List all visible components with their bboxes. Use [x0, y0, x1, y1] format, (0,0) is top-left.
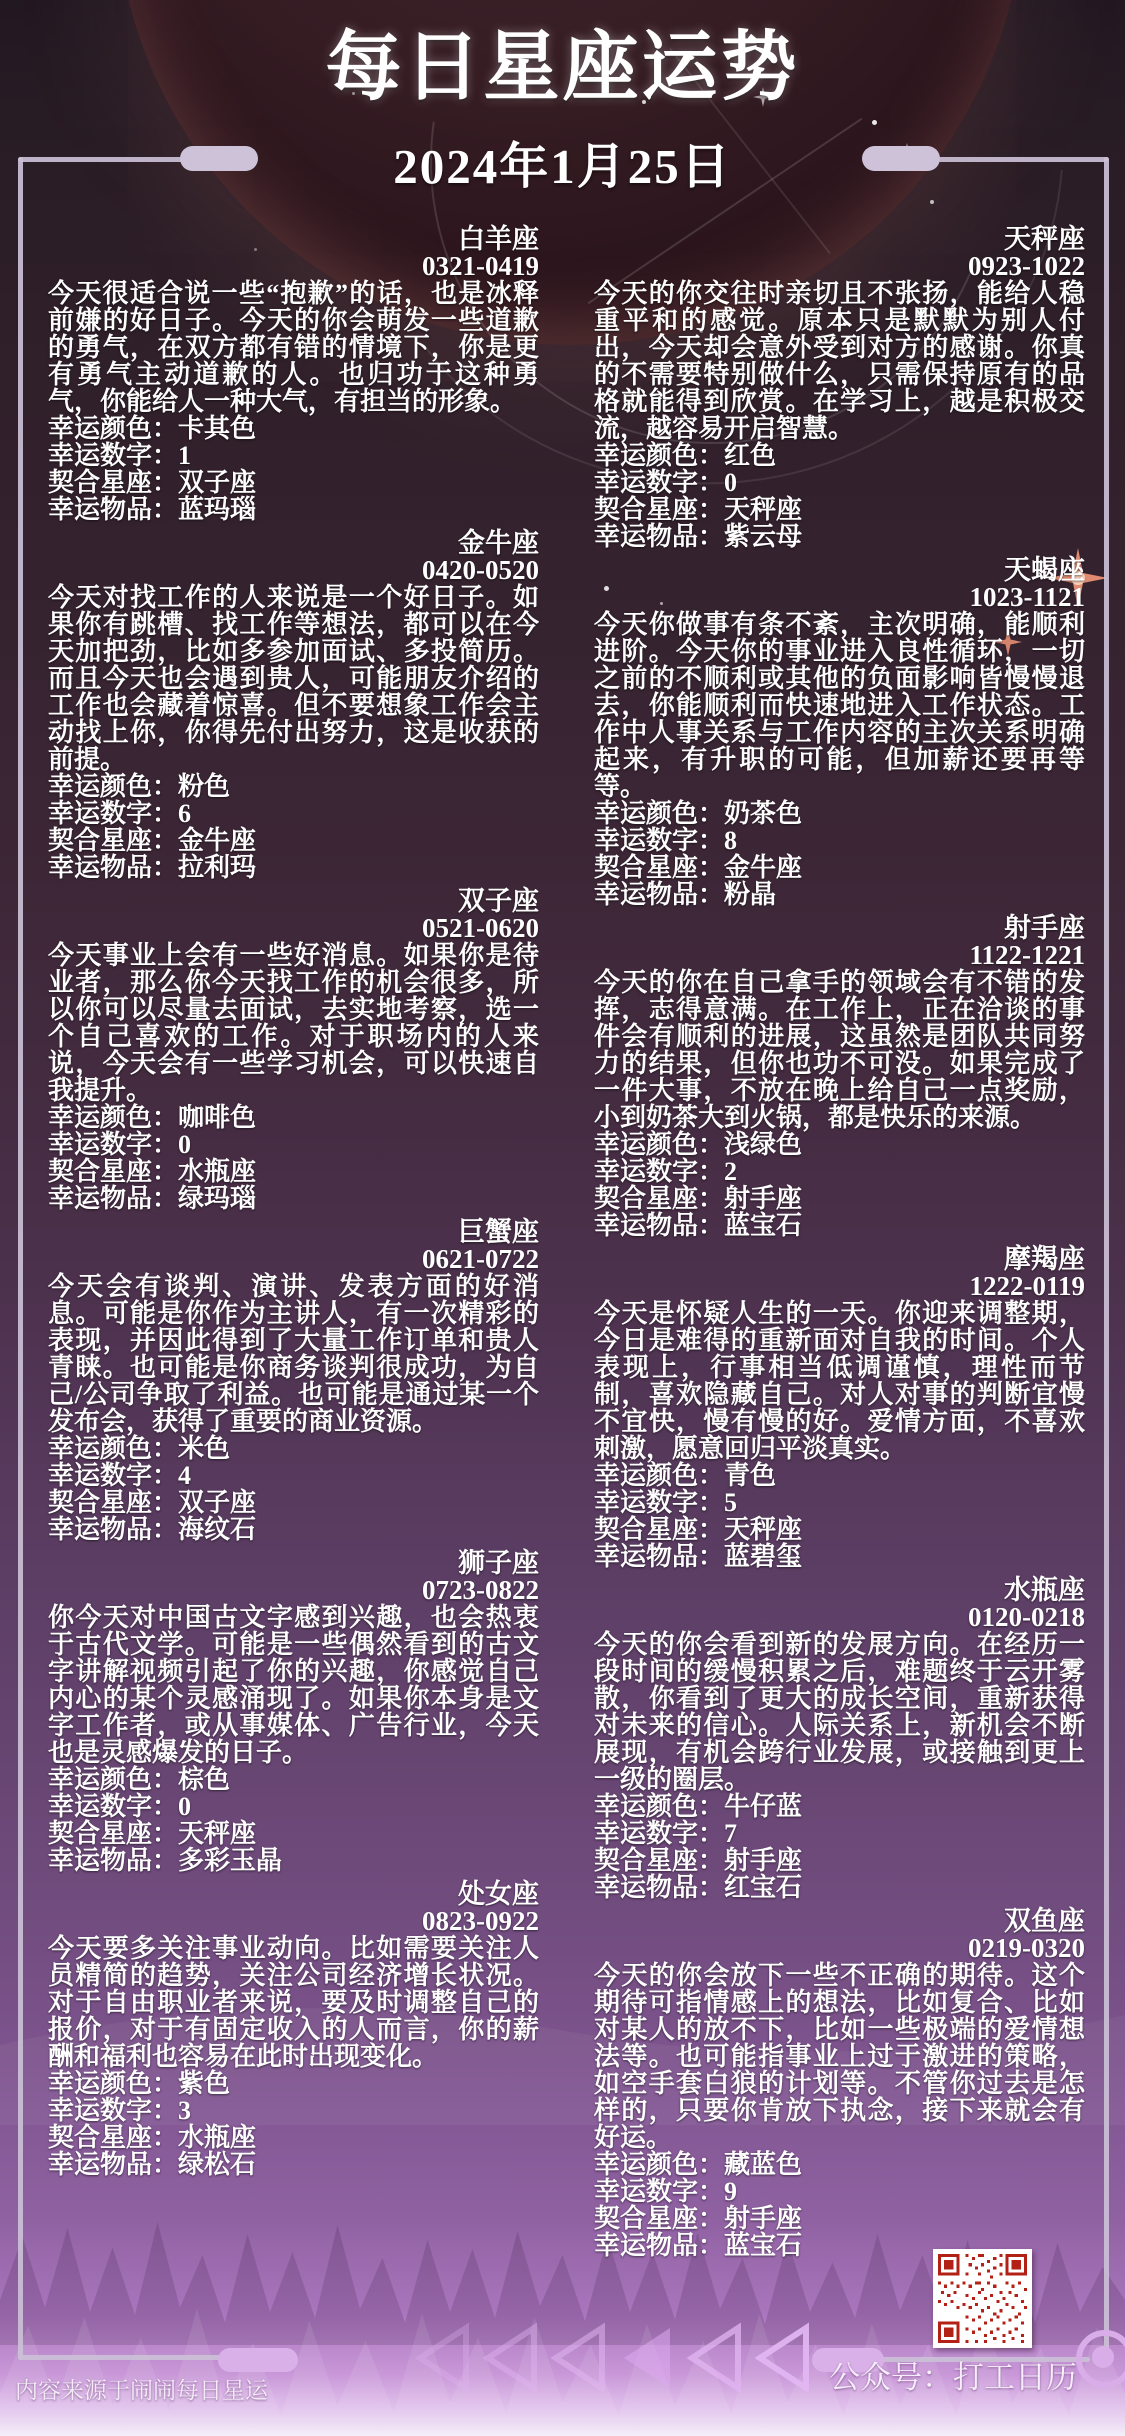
lucky-number-value: 6 — [178, 799, 191, 828]
lucky-number-line: 幸运数字：0 — [48, 1131, 539, 1158]
zodiac-name: 水瓶座 — [594, 1577, 1085, 1604]
match-sign-value: 射手座 — [724, 1846, 802, 1875]
lucky-color-label: 幸运颜色： — [48, 772, 178, 801]
zodiac-forecast: 今天的你会看到新的发展方向。在经历一段时间的缓慢积累之后，难题终于云开雾散，你看… — [594, 1631, 1085, 1793]
match-sign-label: 契合星座： — [594, 495, 724, 524]
zodiac-forecast: 今天事业上会有一些好消息。如果你是待业者，那么你今天找工作的机会很多，所以你可以… — [48, 942, 539, 1104]
match-sign-value: 射手座 — [724, 2204, 802, 2233]
zodiac-date-range: 0420-0520 — [48, 557, 539, 584]
zodiac-name: 射手座 — [594, 915, 1085, 942]
match-sign-line: 契合星座：天秤座 — [594, 496, 1085, 523]
lucky-item-label: 幸运物品： — [48, 495, 178, 524]
match-sign-line: 契合星座：金牛座 — [594, 854, 1085, 881]
zodiac-date-range: 0120-0218 — [594, 1604, 1085, 1631]
match-sign-line: 契合星座：双子座 — [48, 1489, 539, 1516]
white-sparkle-icon — [893, 142, 921, 170]
lucky-item-label: 幸运物品： — [48, 853, 178, 882]
lucky-number-line: 幸运数字：5 — [594, 1489, 1085, 1516]
frame-border-left — [18, 157, 23, 2360]
lucky-item-value: 绿松石 — [178, 2150, 256, 2179]
lucky-number-value: 3 — [178, 2096, 191, 2125]
zodiac-name: 狮子座 — [48, 1550, 539, 1577]
frame-ring-dot — [1092, 2346, 1114, 2368]
lucky-number-line: 幸运数字：0 — [48, 1793, 539, 1820]
lucky-color-value: 棕色 — [178, 1765, 230, 1794]
lucky-number-value: 8 — [724, 826, 737, 855]
lucky-color-label: 幸运颜色： — [48, 1765, 178, 1794]
lucky-item-value: 蓝宝石 — [724, 2231, 802, 2260]
zodiac-section: 天秤座 0923-1022 今天的你交往时亲切且不张扬，能给人稳重平和的感觉。原… — [594, 226, 1085, 550]
lucky-color-label: 幸运颜色： — [48, 414, 178, 443]
frame-border-right — [1104, 157, 1109, 2360]
frame-border-bottom — [878, 2357, 1090, 2362]
pine-forest-silhouette — [0, 2266, 1125, 2436]
lucky-item-line: 幸运物品：多彩玉晶 — [48, 1847, 539, 1874]
lucky-item-value: 多彩玉晶 — [178, 1846, 282, 1875]
zodiac-forecast: 今天的你会放下一些不正确的期待。这个期待可指情感上的想法，比如复合、比如对某人的… — [594, 1962, 1085, 2151]
lucky-item-value: 蓝宝石 — [724, 1211, 802, 1240]
lucky-color-line: 幸运颜色：奶茶色 — [594, 800, 1085, 827]
lucky-number-line: 幸运数字：9 — [594, 2178, 1085, 2205]
lucky-color-line: 幸运颜色：卡其色 — [48, 415, 539, 442]
match-sign-value: 天秤座 — [724, 495, 802, 524]
lucky-item-value: 海纹石 — [178, 1515, 256, 1544]
match-sign-label: 契合星座： — [48, 1157, 178, 1186]
zodiac-date-range: 1222-0119 — [594, 1273, 1085, 1300]
match-sign-label: 契合星座： — [594, 2204, 724, 2233]
match-sign-label: 契合星座： — [594, 1184, 724, 1213]
match-sign-label: 契合星座： — [48, 1819, 178, 1848]
lucky-color-label: 幸运颜色： — [48, 1103, 178, 1132]
qr-code-pattern — [938, 2254, 1027, 2343]
lucky-color-value: 奶茶色 — [724, 799, 802, 828]
lucky-number-label: 幸运数字： — [48, 1461, 178, 1490]
lucky-color-label: 幸运颜色： — [594, 2150, 724, 2179]
match-sign-line: 契合星座：水瓶座 — [48, 2124, 539, 2151]
zodiac-section: 金牛座 0420-0520 今天对找工作的人来说是一个好日子。如果你有跳槽、找工… — [48, 530, 539, 881]
zodiac-date-range: 1122-1221 — [594, 942, 1085, 969]
lucky-color-label: 幸运颜色： — [594, 441, 724, 470]
match-sign-value: 天秤座 — [178, 1819, 256, 1848]
lucky-number-value: 5 — [724, 1488, 737, 1517]
match-sign-label: 契合星座： — [48, 826, 178, 855]
zodiac-date-range: 0723-0822 — [48, 1577, 539, 1604]
star-dot — [930, 200, 934, 204]
lucky-item-label: 幸运物品： — [594, 522, 724, 551]
match-sign-line: 契合星座：射手座 — [594, 2205, 1085, 2232]
lucky-number-value: 9 — [724, 2177, 737, 2206]
lucky-item-line: 幸运物品：蓝玛瑙 — [48, 496, 539, 523]
zodiac-name: 天蝎座 — [594, 557, 1085, 584]
star-dot — [872, 120, 877, 125]
lucky-number-label: 幸运数字： — [48, 799, 178, 828]
lucky-color-line: 幸运颜色：藏蓝色 — [594, 2151, 1085, 2178]
lucky-number-label: 幸运数字： — [48, 1792, 178, 1821]
page-title: 每日星座运势 — [0, 6, 1125, 115]
lucky-item-line: 幸运物品：蓝宝石 — [594, 2232, 1085, 2259]
zodiac-section: 狮子座 0723-0822 你今天对中国古文字感到兴趣，也会热衷于古代文学。可能… — [48, 1550, 539, 1874]
lucky-color-value: 咖啡色 — [178, 1103, 256, 1132]
zodiac-forecast: 今天的你在自己拿手的领域会有不错的发挥，志得意满。在工作上，正在洽谈的事件会有顺… — [594, 969, 1085, 1131]
match-sign-label: 契合星座： — [594, 853, 724, 882]
zodiac-forecast: 今天要多关注事业动向。比如需要关注人员精简的趋势，关注公司经济增长状况。对于自由… — [48, 1935, 539, 2070]
wechat-account-text: 公众号：打工日历 — [829, 2352, 1077, 2397]
match-sign-line: 契合星座：金牛座 — [48, 827, 539, 854]
zodiac-section: 水瓶座 0120-0218 今天的你会看到新的发展方向。在经历一段时间的缓慢积累… — [594, 1577, 1085, 1901]
lucky-item-label: 幸运物品： — [594, 1211, 724, 1240]
lucky-color-value: 米色 — [178, 1434, 230, 1463]
lucky-number-line: 幸运数字：0 — [594, 469, 1085, 496]
lucky-color-label: 幸运颜色： — [594, 799, 724, 828]
match-sign-value: 金牛座 — [724, 853, 802, 882]
zodiac-forecast: 今天对找工作的人来说是一个好日子。如果你有跳槽、找工作等想法，都可以在今天加把劲… — [48, 584, 539, 773]
lucky-color-value: 紫色 — [178, 2069, 230, 2098]
frame-pill-decoration — [862, 146, 940, 171]
match-sign-line: 契合星座：射手座 — [594, 1847, 1085, 1874]
zodiac-forecast: 今天很适合说一些“抱歉”的话，也是冰释前嫌的好日子。今天的你会萌发一些道歉的勇气… — [48, 280, 539, 415]
zodiac-name: 巨蟹座 — [48, 1219, 539, 1246]
zodiac-date-range: 0823-0922 — [48, 1908, 539, 1935]
lucky-item-line: 幸运物品：红宝石 — [594, 1874, 1085, 1901]
lucky-number-label: 幸运数字： — [594, 1819, 724, 1848]
lucky-number-label: 幸运数字： — [594, 468, 724, 497]
match-sign-label: 契合星座： — [48, 1488, 178, 1517]
lucky-item-line: 幸运物品：粉晶 — [594, 881, 1085, 908]
zodiac-name: 处女座 — [48, 1881, 539, 1908]
light-streak-decoration — [669, 48, 831, 254]
lucky-item-label: 幸运物品： — [48, 2150, 178, 2179]
lucky-number-label: 幸运数字： — [48, 2096, 178, 2125]
match-sign-value: 双子座 — [178, 1488, 256, 1517]
star-dot — [642, 100, 646, 104]
lucky-color-line: 幸运颜色：咖啡色 — [48, 1104, 539, 1131]
zodiac-date-range: 1023-1121 — [594, 584, 1085, 611]
match-sign-line: 契合星座：天秤座 — [48, 1820, 539, 1847]
match-sign-value: 天秤座 — [724, 1515, 802, 1544]
lucky-color-line: 幸运颜色：棕色 — [48, 1766, 539, 1793]
zodiac-date-range: 0521-0620 — [48, 915, 539, 942]
lucky-item-line: 幸运物品：拉利玛 — [48, 854, 539, 881]
zodiac-date-range: 0923-1022 — [594, 253, 1085, 280]
lucky-item-label: 幸运物品： — [594, 1542, 724, 1571]
lucky-item-label: 幸运物品： — [48, 1184, 178, 1213]
lucky-item-line: 幸运物品：蓝宝石 — [594, 1212, 1085, 1239]
lucky-color-line: 幸运颜色：紫色 — [48, 2070, 539, 2097]
lucky-item-line: 幸运物品：蓝碧玺 — [594, 1543, 1085, 1570]
zodiac-section: 处女座 0823-0922 今天要多关注事业动向。比如需要关注人员精简的趋势，关… — [48, 1881, 539, 2178]
lucky-number-line: 幸运数字：4 — [48, 1462, 539, 1489]
lucky-color-value: 粉色 — [178, 772, 230, 801]
lucky-number-label: 幸运数字： — [594, 826, 724, 855]
zodiac-name: 天秤座 — [594, 226, 1085, 253]
lucky-color-line: 幸运颜色：粉色 — [48, 773, 539, 800]
content-source-text: 内容来源于闹闹每日星运 — [15, 2372, 268, 2405]
lucky-color-line: 幸运颜色：米色 — [48, 1435, 539, 1462]
match-sign-line: 契合星座：水瓶座 — [48, 1158, 539, 1185]
lucky-color-label: 幸运颜色： — [48, 1434, 178, 1463]
lucky-item-label: 幸运物品： — [594, 880, 724, 909]
lucky-color-value: 浅绿色 — [724, 1130, 802, 1159]
lucky-item-line: 幸运物品：紫云母 — [594, 523, 1085, 550]
lucky-item-value: 粉晶 — [724, 880, 776, 909]
lucky-number-value: 0 — [724, 468, 737, 497]
zodiac-forecast: 今天你做事有条不紊，主次明确，能顺利进阶。今天你的事业进入良性循环，一切之前的不… — [594, 611, 1085, 800]
frame-border-top — [938, 157, 1109, 162]
lucky-item-value: 拉利玛 — [178, 853, 256, 882]
zodiac-section: 双鱼座 0219-0320 今天的你会放下一些不正确的期待。这个期待可指情感上的… — [594, 1908, 1085, 2259]
match-sign-value: 金牛座 — [178, 826, 256, 855]
match-sign-line: 契合星座：射手座 — [594, 1185, 1085, 1212]
lucky-color-line: 幸运颜色：牛仔蓝 — [594, 1793, 1085, 1820]
lucky-number-value: 1 — [178, 441, 191, 470]
match-sign-value: 双子座 — [178, 468, 256, 497]
match-sign-line: 契合星座：双子座 — [48, 469, 539, 496]
lucky-color-value: 红色 — [724, 441, 776, 470]
lucky-item-value: 绿玛瑙 — [178, 1184, 256, 1213]
lucky-number-line: 幸运数字：1 — [48, 442, 539, 469]
lucky-item-value: 红宝石 — [724, 1873, 802, 1902]
lucky-color-value: 卡其色 — [178, 414, 256, 443]
zodiac-forecast: 你今天对中国古文字感到兴趣，也会热衷于古代文学。可能是一些偶然看到的古文字讲解视… — [48, 1604, 539, 1766]
lucky-item-line: 幸运物品：绿玛瑙 — [48, 1185, 539, 1212]
lucky-number-label: 幸运数字： — [594, 1157, 724, 1186]
lucky-color-value: 牛仔蓝 — [724, 1792, 802, 1821]
right-column: 天秤座 0923-1022 今天的你交往时亲切且不张扬，能给人稳重平和的感觉。原… — [594, 226, 1085, 2266]
page-date: 2024年1月25日 — [0, 128, 1125, 198]
zodiac-columns: 白羊座 0321-0419 今天很适合说一些“抱歉”的话，也是冰释前嫌的好日子。… — [48, 226, 1085, 2266]
lucky-number-label: 幸运数字： — [594, 1488, 724, 1517]
match-sign-value: 射手座 — [724, 1184, 802, 1213]
lucky-color-line: 幸运颜色：红色 — [594, 442, 1085, 469]
frame-pill-decoration — [180, 146, 258, 171]
lucky-color-label: 幸运颜色： — [594, 1130, 724, 1159]
zodiac-date-range: 0219-0320 — [594, 1935, 1085, 1962]
lucky-item-value: 蓝玛瑙 — [178, 495, 256, 524]
lucky-item-label: 幸运物品： — [594, 2231, 724, 2260]
white-sparkle-icon — [752, 86, 774, 108]
zodiac-name: 双子座 — [48, 888, 539, 915]
triangle-arrows-decoration — [408, 2322, 816, 2392]
lucky-number-line: 幸运数字：3 — [48, 2097, 539, 2124]
zodiac-name: 白羊座 — [48, 226, 539, 253]
lucky-color-line: 幸运颜色：浅绿色 — [594, 1131, 1085, 1158]
left-column: 白羊座 0321-0419 今天很适合说一些“抱歉”的话，也是冰释前嫌的好日子。… — [48, 226, 539, 2266]
frame-ring-decoration — [1076, 2330, 1125, 2388]
match-sign-value: 水瓶座 — [178, 2123, 256, 2152]
match-sign-label: 契合星座： — [594, 1515, 724, 1544]
zodiac-date-range: 0621-0722 — [48, 1246, 539, 1273]
lucky-number-line: 幸运数字：7 — [594, 1820, 1085, 1847]
match-sign-value: 水瓶座 — [178, 1157, 256, 1186]
zodiac-forecast: 今天会有谈判、演讲、发表方面的好消息。可能是你作为主讲人，有一次精彩的表现，并因… — [48, 1273, 539, 1435]
zodiac-name: 双鱼座 — [594, 1908, 1085, 1935]
lucky-number-value: 2 — [724, 1157, 737, 1186]
lucky-item-value: 蓝碧玺 — [724, 1542, 802, 1571]
lucky-number-value: 0 — [178, 1130, 191, 1159]
lucky-number-label: 幸运数字： — [594, 2177, 724, 2206]
lucky-item-line: 幸运物品：海纹石 — [48, 1516, 539, 1543]
zodiac-forecast: 今天是怀疑人生的一天。你迎来调整期，今日是难得的重新面对自我的时间。个人表现上，… — [594, 1300, 1085, 1462]
lucky-item-label: 幸运物品： — [48, 1846, 178, 1875]
frame-border-bottom — [18, 2355, 223, 2360]
zodiac-section: 射手座 1122-1221 今天的你在自己拿手的领域会有不错的发挥，志得意满。在… — [594, 915, 1085, 1239]
lucky-number-line: 幸运数字：8 — [594, 827, 1085, 854]
zodiac-section: 白羊座 0321-0419 今天很适合说一些“抱歉”的话，也是冰释前嫌的好日子。… — [48, 226, 539, 523]
lucky-number-value: 7 — [724, 1819, 737, 1848]
frame-border-top — [18, 157, 184, 162]
zodiac-section: 巨蟹座 0621-0722 今天会有谈判、演讲、发表方面的好消息。可能是你作为主… — [48, 1219, 539, 1543]
match-sign-line: 契合星座：天秤座 — [594, 1516, 1085, 1543]
lucky-color-line: 幸运颜色：青色 — [594, 1462, 1085, 1489]
lucky-number-line: 幸运数字：2 — [594, 1158, 1085, 1185]
frame-pill-decoration — [218, 2348, 298, 2372]
zodiac-name: 摩羯座 — [594, 1246, 1085, 1273]
match-sign-label: 契合星座： — [594, 1846, 724, 1875]
frame-pill-decoration — [812, 2348, 884, 2372]
lucky-number-label: 幸运数字： — [48, 441, 178, 470]
zodiac-forecast: 今天的你交往时亲切且不张扬，能给人稳重平和的感觉。原本只是默默为别人付出，今天却… — [594, 280, 1085, 442]
match-sign-label: 契合星座： — [48, 2123, 178, 2152]
lucky-number-value: 0 — [178, 1792, 191, 1821]
match-sign-label: 契合星座： — [48, 468, 178, 497]
lucky-color-value: 青色 — [724, 1461, 776, 1490]
lucky-item-line: 幸运物品：绿松石 — [48, 2151, 539, 2178]
lucky-number-line: 幸运数字：6 — [48, 800, 539, 827]
zodiac-date-range: 0321-0419 — [48, 253, 539, 280]
lucky-item-label: 幸运物品： — [48, 1515, 178, 1544]
lucky-number-label: 幸运数字： — [48, 1130, 178, 1159]
lucky-item-value: 紫云母 — [724, 522, 802, 551]
zodiac-section: 双子座 0521-0620 今天事业上会有一些好消息。如果你是待业者，那么你今天… — [48, 888, 539, 1212]
lucky-color-label: 幸运颜色： — [594, 1792, 724, 1821]
lucky-color-label: 幸运颜色： — [594, 1461, 724, 1490]
star-dot — [352, 92, 355, 95]
zodiac-section: 天蝎座 1023-1121 今天你做事有条不紊，主次明确，能顺利进阶。今天你的事… — [594, 557, 1085, 908]
lucky-number-value: 4 — [178, 1461, 191, 1490]
lucky-color-value: 藏蓝色 — [724, 2150, 802, 2179]
zodiac-name: 金牛座 — [48, 530, 539, 557]
zodiac-section: 摩羯座 1222-0119 今天是怀疑人生的一天。你迎来调整期，今日是难得的重新… — [594, 1246, 1085, 1570]
lucky-color-label: 幸运颜色： — [48, 2069, 178, 2098]
lucky-item-label: 幸运物品： — [594, 1873, 724, 1902]
